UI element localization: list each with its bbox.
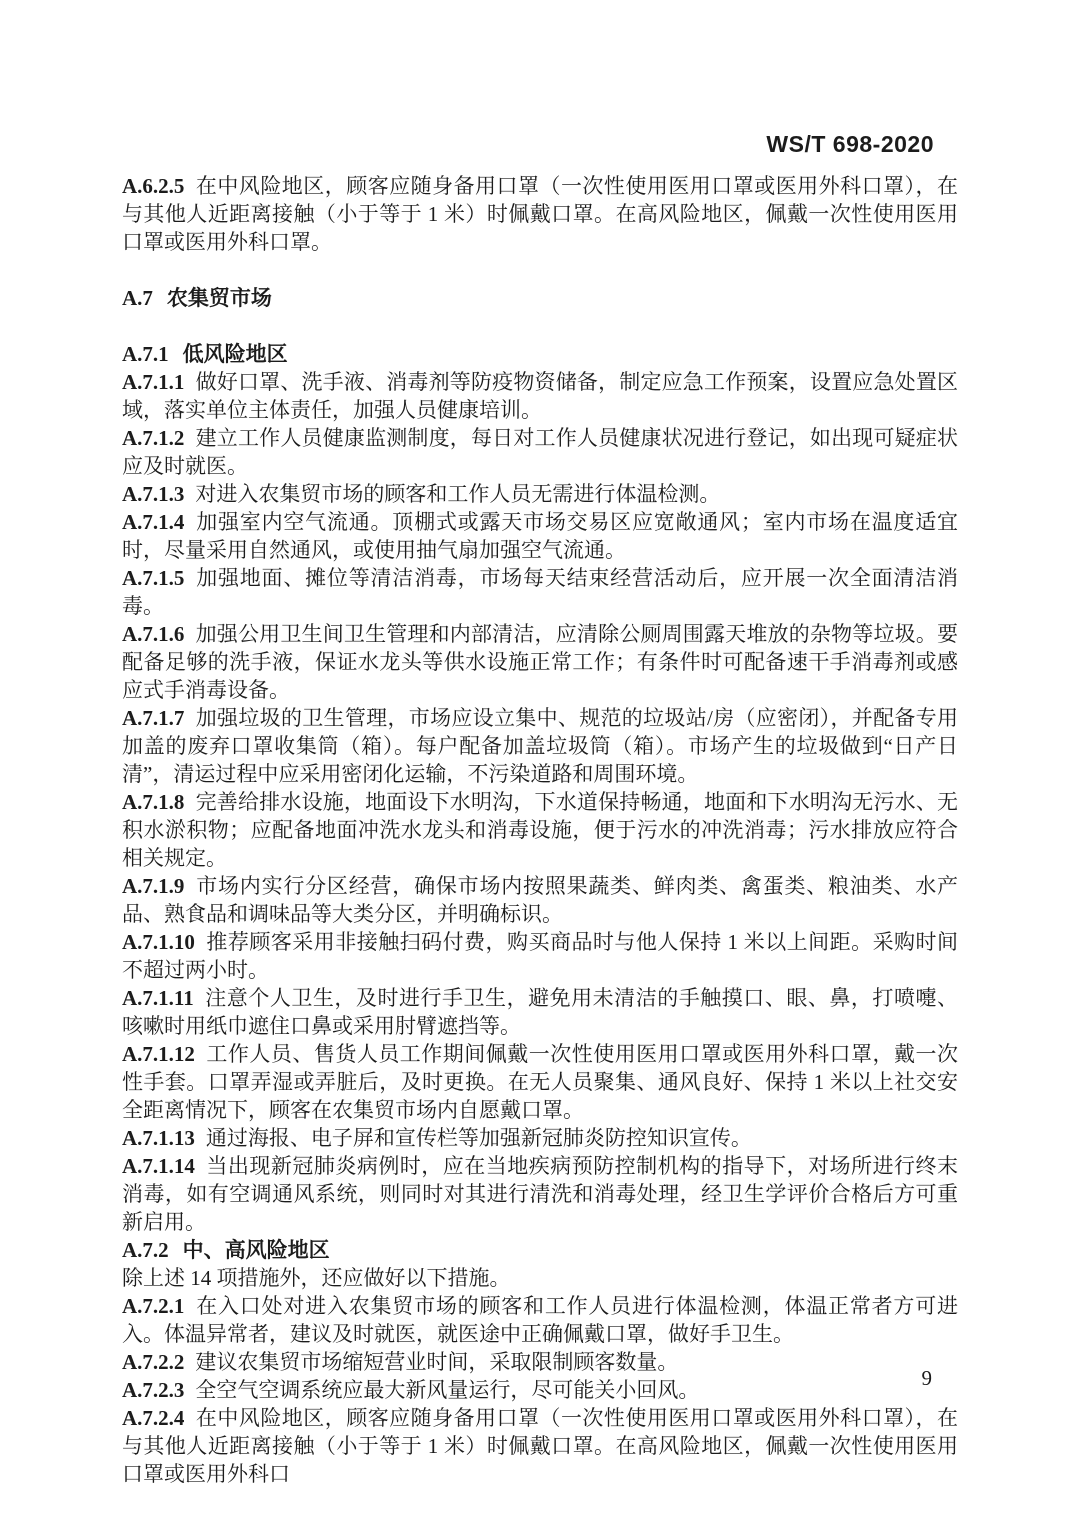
paragraph: A.7.2.3全空气空调系统应最大新风量运行，尽可能关小回风。 — [122, 1376, 958, 1404]
paragraph: A.7.2.1在入口处对进入农集贸市场的顾客和工作人员进行体温检测，体温正常者方… — [122, 1292, 958, 1348]
paragraph: A.7.1.2建立工作人员健康监测制度，每日对工作人员健康状况进行登记，如出现可… — [122, 424, 958, 480]
paragraph: A.7.1.5加强地面、摊位等清洁消毒，市场每天结束经营活动后，应开展一次全面清… — [122, 564, 958, 620]
clause-number: A.7.1.7 — [122, 706, 184, 730]
paragraph: A.7.1.3对进入农集贸市场的顾客和工作人员无需进行体温检测。 — [122, 480, 958, 508]
clause-number: A.7.1.11 — [122, 986, 194, 1010]
clause-text: 加强地面、摊位等清洁消毒，市场每天结束经营活动后，应开展一次全面清洁消毒。 — [122, 566, 958, 618]
clause-text: 通过海报、电子屏和宣传栏等加强新冠肺炎防控知识宣传。 — [206, 1126, 752, 1150]
paragraph: A.7.2.4在中风险地区，顾客应随身备用口罩（一次性使用医用口罩或医用外科口罩… — [122, 1404, 958, 1488]
paragraph: 除上述 14 项措施外，还应做好以下措施。 — [122, 1264, 958, 1292]
clause-number: A.7.1.3 — [122, 482, 184, 506]
document-body: A.6.2.5在中风险地区，顾客应随身备用口罩（一次性使用医用口罩或医用外科口罩… — [122, 172, 958, 1488]
clause-text: 除上述 14 项措施外，还应做好以下措施。 — [122, 1266, 511, 1290]
paragraph: A.7.1.1做好口罩、洗手液、消毒剂等防疫物资储备，制定应急工作预案，设置应急… — [122, 368, 958, 424]
clause-number: A.7.2.1 — [122, 1294, 184, 1318]
clause-text: 在入口处对进入农集贸市场的顾客和工作人员进行体温检测，体温正常者方可进入。体温异… — [122, 1294, 958, 1346]
paragraph: A.7.1.13通过海报、电子屏和宣传栏等加强新冠肺炎防控知识宣传。 — [122, 1124, 958, 1152]
clause-number: A.7.1.9 — [122, 874, 184, 898]
clause-text: 低风险地区 — [183, 342, 288, 366]
clause-number: A.7.1.8 — [122, 790, 184, 814]
paragraph: A.7.1.4加强室内空气流通。顶棚式或露天市场交易区应宽敞通风；室内市场在温度… — [122, 508, 958, 564]
clause-text: 在中风险地区，顾客应随身备用口罩（一次性使用医用口罩或医用外科口罩），在与其他人… — [122, 174, 958, 254]
clause-number: A.7.2 — [122, 1238, 169, 1262]
clause-text: 在中风险地区，顾客应随身备用口罩（一次性使用医用口罩或医用外科口罩），在与其他人… — [122, 1406, 958, 1486]
clause-number: A.7.1.5 — [122, 566, 184, 590]
section-heading: A.7.1低风险地区 — [122, 340, 958, 368]
clause-number: A.7.1.10 — [122, 930, 195, 954]
clause-text: 做好口罩、洗手液、消毒剂等防疫物资储备，制定应急工作预案，设置应急处置区域，落实… — [122, 370, 958, 422]
clause-text: 全空气空调系统应最大新风量运行，尽可能关小回风。 — [195, 1378, 699, 1402]
section-heading: A.7.2中、高风险地区 — [122, 1236, 958, 1264]
paragraph: A.7.1.14当出现新冠肺炎病例时，应在当地疾病预防控制机构的指导下，对场所进… — [122, 1152, 958, 1236]
paragraph: A.7.1.12工作人员、售货人员工作期间佩戴一次性使用医用口罩或医用外科口罩，… — [122, 1040, 958, 1124]
clause-number: A.7.2.2 — [122, 1350, 184, 1374]
clause-text: 加强公用卫生间卫生管理和内部清洁，应清除公厕周围露天堆放的杂物等垃圾。要配备足够… — [122, 622, 958, 702]
paragraph: A.7.1.7加强垃圾的卫生管理，市场应设立集中、规范的垃圾站/房（应密闭），并… — [122, 704, 958, 788]
clause-number: A.7.2.4 — [122, 1406, 184, 1430]
clause-number: A.7.2.3 — [122, 1378, 184, 1402]
paragraph: A.6.2.5在中风险地区，顾客应随身备用口罩（一次性使用医用口罩或医用外科口罩… — [122, 172, 958, 256]
section-heading: A.7农集贸市场 — [122, 284, 958, 312]
clause-text: 市场内实行分区经营，确保市场内按照果蔬类、鲜肉类、禽蛋类、粮油类、水产品、熟食品… — [122, 874, 958, 926]
paragraph: A.7.1.8完善给排水设施，地面设下水明沟，下水道保持畅通，地面和下水明沟无污… — [122, 788, 958, 872]
clause-number: A.7.1.1 — [122, 370, 184, 394]
clause-number: A.7.1.2 — [122, 426, 184, 450]
clause-number: A.7.1.6 — [122, 622, 184, 646]
standard-number-header: WS/T 698-2020 — [766, 131, 934, 158]
paragraph: A.7.1.10推荐顾客采用非接触扫码付费，购买商品时与他人保持 1 米以上间距… — [122, 928, 958, 984]
clause-text: 建立工作人员健康监测制度，每日对工作人员健康状况进行登记，如出现可疑症状应及时就… — [122, 426, 958, 478]
clause-text: 对进入农集贸市场的顾客和工作人员无需进行体温检测。 — [195, 482, 720, 506]
clause-number: A.7.1.13 — [122, 1126, 195, 1150]
clause-number: A.7.1.12 — [122, 1042, 195, 1066]
clause-number: A.6.2.5 — [122, 174, 184, 198]
clause-text: 加强垃圾的卫生管理，市场应设立集中、规范的垃圾站/房（应密闭），并配备专用加盖的… — [122, 706, 958, 786]
paragraph: A.7.1.6加强公用卫生间卫生管理和内部清洁，应清除公厕周围露天堆放的杂物等垃… — [122, 620, 958, 704]
paragraph: A.7.2.2建议农集贸市场缩短营业时间，采取限制顾客数量。 — [122, 1348, 958, 1376]
page-number: 9 — [922, 1366, 933, 1391]
clause-text: 农集贸市场 — [167, 286, 272, 310]
clause-number: A.7.1.4 — [122, 510, 184, 534]
clause-text: 完善给排水设施，地面设下水明沟，下水道保持畅通，地面和下水明沟无污水、无积水淤积… — [122, 790, 958, 870]
paragraph: A.7.1.11注意个人卫生，及时进行手卫生，避免用未清洁的手触摸口、眼、鼻，打… — [122, 984, 958, 1040]
clause-text: 中、高风险地区 — [183, 1238, 330, 1262]
clause-text: 当出现新冠肺炎病例时，应在当地疾病预防控制机构的指导下，对场所进行终末消毒，如有… — [122, 1154, 958, 1234]
clause-text: 推荐顾客采用非接触扫码付费，购买商品时与他人保持 1 米以上间距。采购时间不超过… — [122, 930, 958, 982]
document-page: WS/T 698-2020 A.6.2.5在中风险地区，顾客应随身备用口罩（一次… — [0, 0, 1080, 1527]
clause-text: 注意个人卫生，及时进行手卫生，避免用未清洁的手触摸口、眼、鼻，打喷嚏、咳嗽时用纸… — [122, 986, 958, 1038]
clause-text: 建议农集贸市场缩短营业时间，采取限制顾客数量。 — [195, 1350, 678, 1374]
paragraph: A.7.1.9市场内实行分区经营，确保市场内按照果蔬类、鲜肉类、禽蛋类、粮油类、… — [122, 872, 958, 928]
clause-number: A.7.1 — [122, 342, 169, 366]
clause-number: A.7.1.14 — [122, 1154, 195, 1178]
clause-number: A.7 — [122, 286, 153, 310]
clause-text: 加强室内空气流通。顶棚式或露天市场交易区应宽敞通风；室内市场在温度适宜时，尽量采… — [122, 510, 958, 562]
clause-text: 工作人员、售货人员工作期间佩戴一次性使用医用口罩或医用外科口罩，戴一次性手套。口… — [122, 1042, 958, 1122]
